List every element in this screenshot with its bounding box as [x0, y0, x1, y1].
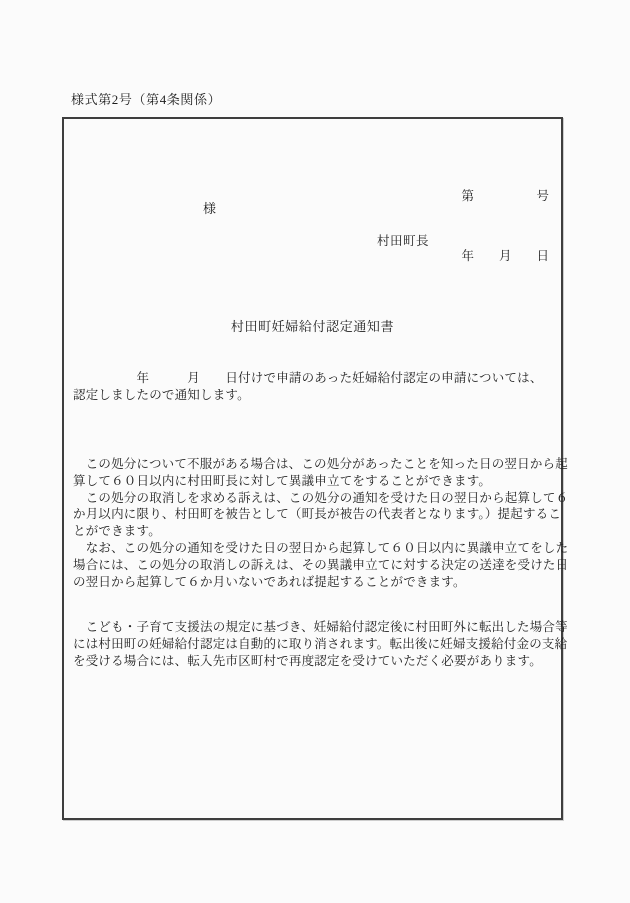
transfer-notice-line: こども・子育て支援法の規定に基づき、妊婦給付認定後に村田町外に転出した場合等 [73, 619, 555, 636]
appeal-notice-line: 場合には、この処分の取消しの訴えは、その異議申立てに対する決定の送達を受けた日 [73, 557, 555, 574]
doc-number-line: 第 号 [461, 186, 549, 206]
appeal-notice-paragraph: この処分について不服がある場合は、この処分があったことを知った日の翌日から起 算… [73, 456, 555, 590]
transfer-notice-line: を受ける場合には、転入先市区町村で再度認定を受けていただく必要があります。 [73, 653, 555, 670]
appeal-notice-line: の翌日から起算して６か月いないであれば提起することができます。 [73, 574, 555, 591]
document-border-box: 第 号 年 月 日 様 村田町長 村田町妊婦給付認定通知書 年 月 日付けで申請… [62, 117, 563, 820]
form-number-label: 様式第2号（第4条関係） [71, 89, 221, 108]
addressee-honorific: 様 [203, 198, 216, 217]
date-line: 年 月 日 [461, 246, 549, 266]
body-line: 年 月 日付けで申請のあった妊婦給付認定の申請については、 [73, 370, 555, 387]
appeal-notice-line: とができます。 [73, 523, 555, 540]
appeal-notice-line: 算して６０日以内に村田町長に対して異議申立てをすることができます。 [73, 473, 555, 490]
transfer-notice-line: には村田町の妊婦給付認定は自動的に取り消されます。転出後に妊婦支援給付金の支給 [73, 636, 555, 653]
body-line: 認定しましたので通知します。 [73, 387, 555, 404]
document-title: 村田町妊婦給付認定通知書 [64, 316, 561, 335]
appeal-notice-line: か月以内に限り、村田町を被告として（町長が被告の代表者となります。）提起するこ [73, 506, 555, 523]
sender-name: 村田町長 [377, 231, 429, 249]
appeal-notice-line: なお、この処分の通知を受けた日の翌日から起算して６０日以内に異議申立てをした [73, 540, 555, 557]
appeal-notice-line: この処分について不服がある場合は、この処分があったことを知った日の翌日から起 [73, 456, 555, 473]
appeal-notice-line: この処分の取消しを求める訴えは、この処分の通知を受けた日の翌日から起算して６ [73, 490, 555, 507]
doc-number-date-block: 第 号 年 月 日 [461, 146, 549, 306]
transfer-notice-paragraph: こども・子育て支援法の規定に基づき、妊婦給付認定後に村田町外に転出した場合等 に… [73, 619, 555, 669]
document-page: 様式第2号（第4条関係） 第 号 年 月 日 様 村田町長 村田町妊婦給付認定通… [0, 0, 630, 903]
body-paragraph: 年 月 日付けで申請のあった妊婦給付認定の申請については、 認定しましたので通知… [73, 370, 555, 404]
